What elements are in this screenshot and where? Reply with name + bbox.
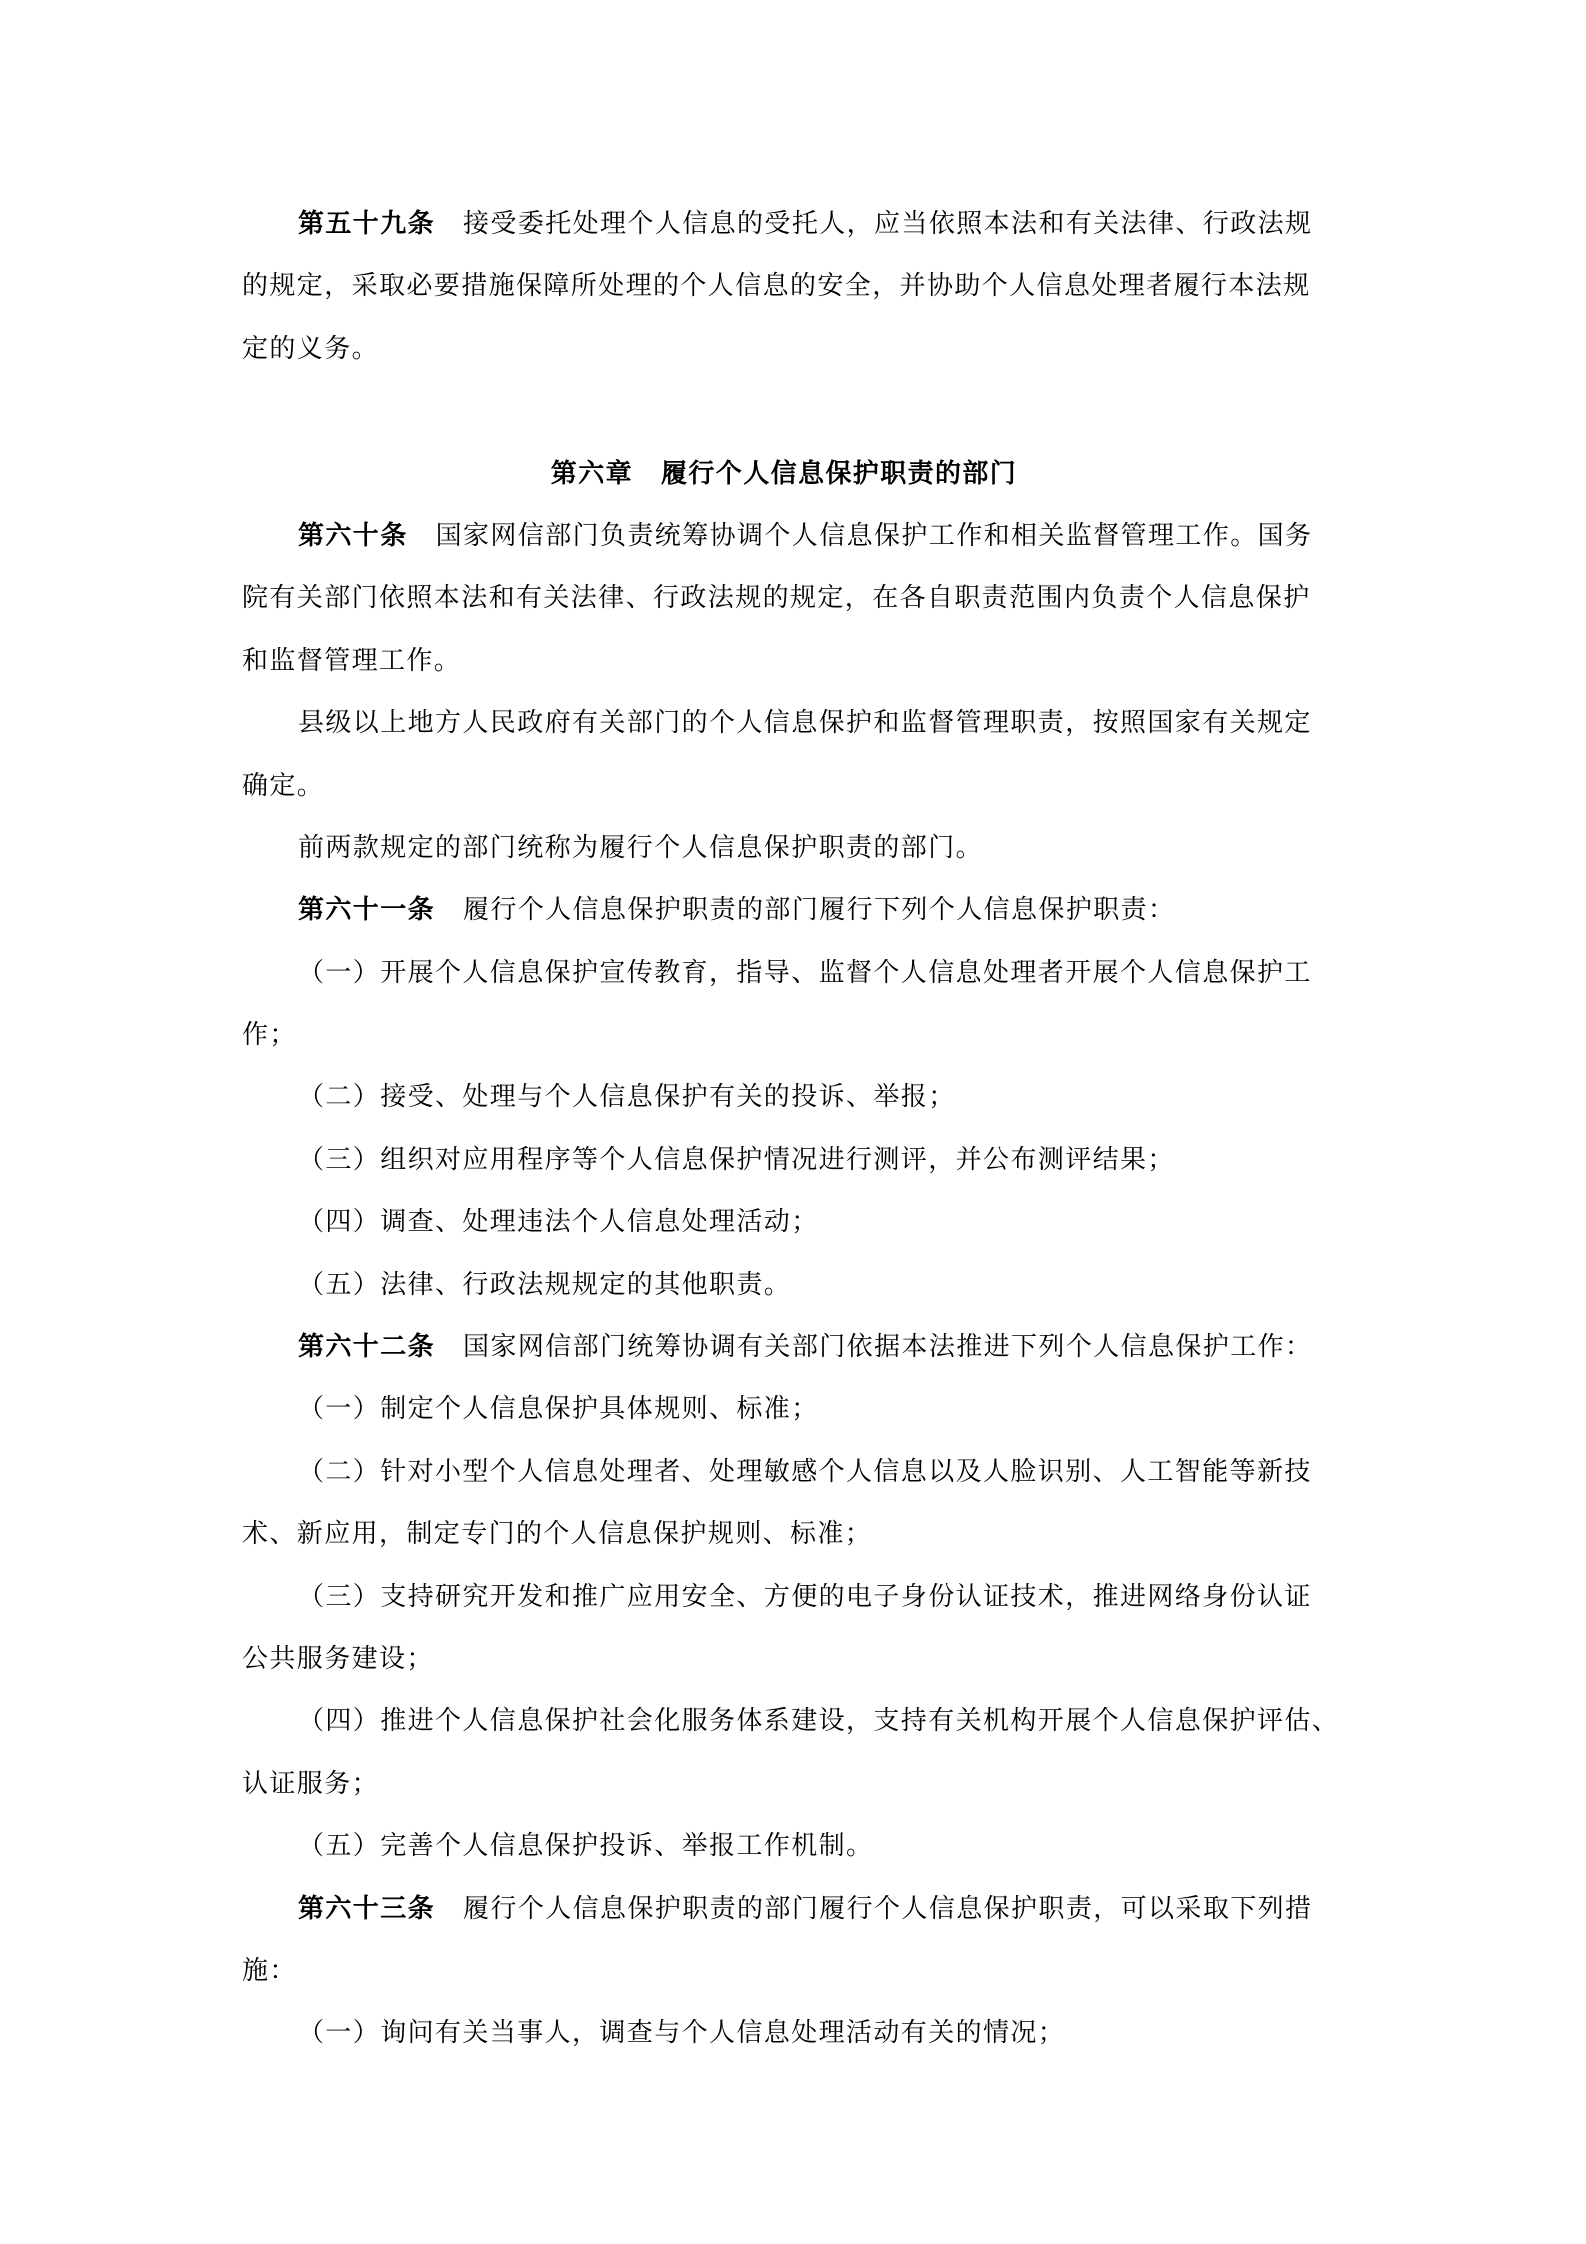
spacer [242, 380, 1334, 442]
article-label: 第六十一条 [298, 895, 435, 925]
chapter-heading: 第六章履行个人信息保护职责的部门 [242, 443, 1334, 505]
article-label: 第六十条 [298, 521, 408, 551]
list-item: （五）完善个人信息保护投诉、举报工作机制。 [242, 1815, 1334, 1877]
article-60-para2-line-2: 确定。 [242, 755, 1334, 817]
article-59: 第五十九条接受委托处理个人信息的受托人，应当依照本法和有关法律、行政法规 的规定… [242, 193, 1334, 380]
article-60: 第六十条国家网信部门负责统筹协调个人信息保护工作和相关监督管理工作。国务 院有关… [242, 505, 1334, 879]
list-item: （四）推进个人信息保护社会化服务体系建设，支持有关机构开展个人信息保护评估、 [242, 1690, 1334, 1752]
article-61: 第六十一条履行个人信息保护职责的部门履行下列个人信息保护职责： （一）开展个人信… [242, 879, 1334, 1316]
article-60-para2-line-1: 县级以上地方人民政府有关部门的个人信息保护和监督管理职责，按照国家有关规定 [242, 692, 1334, 754]
article-63-line-2: 施： [242, 1940, 1334, 2002]
article-61-intro: 第六十一条履行个人信息保护职责的部门履行下列个人信息保护职责： [242, 879, 1334, 941]
list-item-continuation: 术、新应用，制定专门的个人信息保护规则、标准； [242, 1503, 1334, 1565]
list-item-continuation: 认证服务； [242, 1753, 1334, 1815]
list-item: （三）支持研究开发和推广应用安全、方便的电子身份认证技术，推进网络身份认证 [242, 1566, 1334, 1628]
list-item: （三）组织对应用程序等个人信息保护情况进行测评，并公布测评结果； [242, 1129, 1334, 1191]
list-item: （四）调查、处理违法个人信息处理活动； [242, 1191, 1334, 1253]
article-60-para3: 前两款规定的部门统称为履行个人信息保护职责的部门。 [242, 817, 1334, 879]
document-page: 第五十九条接受委托处理个人信息的受托人，应当依照本法和有关法律、行政法规 的规定… [0, 0, 1586, 2244]
list-item-continuation: 公共服务建设； [242, 1628, 1334, 1690]
article-63: 第六十三条履行个人信息保护职责的部门履行个人信息保护职责，可以采取下列措 施： … [242, 1878, 1334, 2065]
list-item: （一）开展个人信息保护宣传教育，指导、监督个人信息处理者开展个人信息保护工 [242, 942, 1334, 1004]
article-60-line-2: 院有关部门依照本法和有关法律、行政法规的规定，在各自职责范围内负责个人信息保护 [242, 567, 1334, 629]
list-item: （五）法律、行政法规规定的其他职责。 [242, 1254, 1334, 1316]
article-label: 第六十二条 [298, 1332, 435, 1362]
document-body: 第五十九条接受委托处理个人信息的受托人，应当依照本法和有关法律、行政法规 的规定… [242, 193, 1334, 2065]
list-item: （二）接受、处理与个人信息保护有关的投诉、举报； [242, 1066, 1334, 1128]
article-60-line-1: 第六十条国家网信部门负责统筹协调个人信息保护工作和相关监督管理工作。国务 [242, 505, 1334, 567]
article-59-line-3: 定的义务。 [242, 318, 1334, 380]
article-63-line-1: 第六十三条履行个人信息保护职责的部门履行个人信息保护职责，可以采取下列措 [242, 1878, 1334, 1940]
article-62-intro: 第六十二条国家网信部门统筹协调有关部门依据本法推进下列个人信息保护工作： [242, 1316, 1334, 1378]
article-label: 第六十三条 [298, 1894, 435, 1924]
article-59-line-2: 的规定，采取必要措施保障所处理的个人信息的安全，并协助个人信息处理者履行本法规 [242, 255, 1334, 317]
article-62: 第六十二条国家网信部门统筹协调有关部门依据本法推进下列个人信息保护工作： （一）… [242, 1316, 1334, 1878]
list-item-continuation: 作； [242, 1004, 1334, 1066]
list-item: （一）制定个人信息保护具体规则、标准； [242, 1378, 1334, 1440]
article-59-line-1: 第五十九条接受委托处理个人信息的受托人，应当依照本法和有关法律、行政法规 [242, 193, 1334, 255]
article-label: 第五十九条 [298, 209, 435, 239]
list-item: （一）询问有关当事人，调查与个人信息处理活动有关的情况； [242, 2002, 1334, 2064]
list-item: （二）针对小型个人信息处理者、处理敏感个人信息以及人脸识别、人工智能等新技 [242, 1441, 1334, 1503]
article-60-line-3: 和监督管理工作。 [242, 630, 1334, 692]
